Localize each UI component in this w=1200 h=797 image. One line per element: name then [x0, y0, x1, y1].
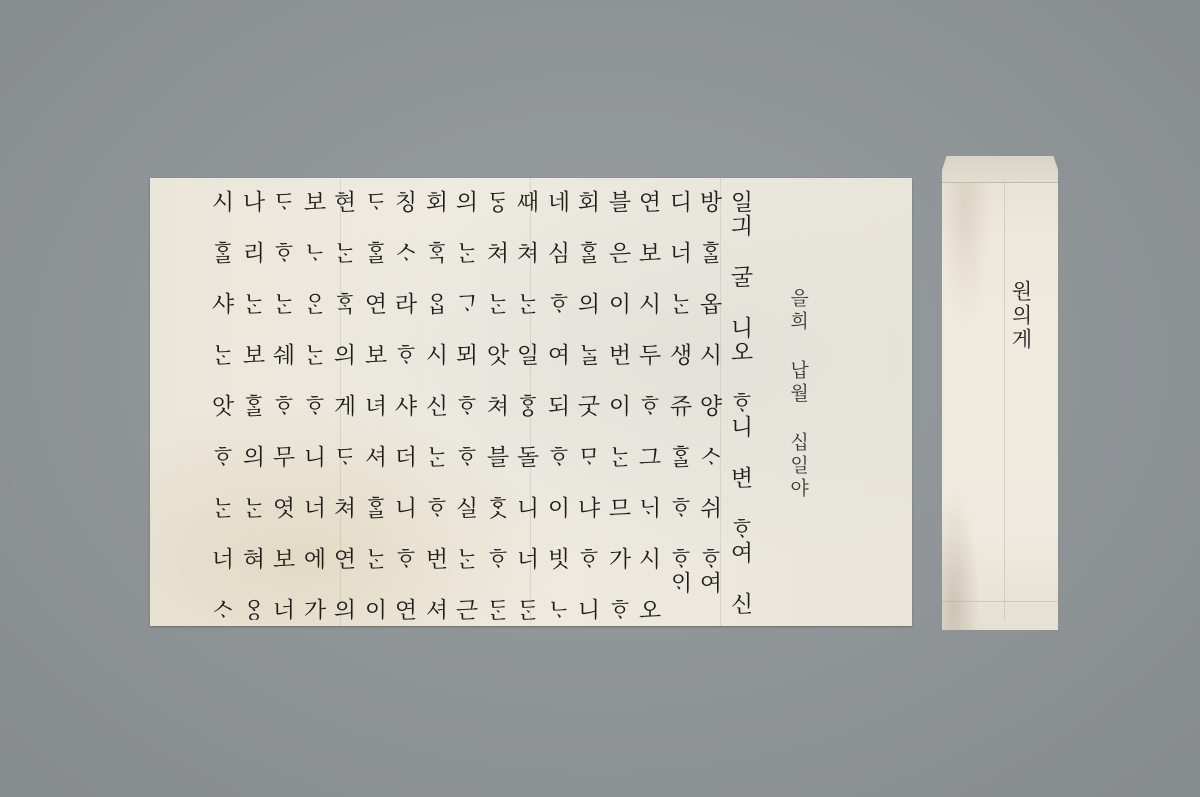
letter-column: 칭 ᄉᆞ 라 ᄒᆞ 샤 더 니 ᄒᆞ 연 시 ᄂᆞᆫ ᄒᆞᆯ ᄋᆞᆸ 셔 [388, 189, 419, 620]
letter-column: ᄃᆞ ᄒᆞᆯ 연 보 녀 셔 ᄒᆞᆯ ᄂᆞᆫ 이 쉬 水 ᄃᆞᆯ 뉘 네 [358, 189, 389, 620]
letter-column: 디 너 ᄂᆞᆫ 생 쥬 ᄒᆞᆯ ᄒᆞ ᄒᆞᄋᆡ 3 비 쇠 ᄂᆞᆫ 아 쳐 외 [663, 189, 694, 620]
letter-column: ᄃᆞ ᄒᆞ ᄂᆞᆫ 쉐 ᄒᆞ 무 엿 보 너 게 ᄒᆞ 하 나 ᄋᆞᆸ 되 [266, 189, 297, 620]
envelope-seam [1004, 182, 1005, 620]
letter-column: 현 ᄂᆞᆫ ᄒᆞᆨ 의 게 ᄃᆞ 쳐 연 의 ᄂᆞᆯ 연 ᄒᆞ 가 본 ᄃᆡ [327, 189, 358, 620]
letter-column: ᄯᅢ 쳐 ᄂᆞᆫ 일 ᄒᆞᆼ 돌 니 너 ᄃᆞᆫ 우 ᄒᆞᆯ 보 리 [510, 189, 541, 620]
letter-column: 의 ᄂᆞᆫ ᄀᆞ 뫼 ᄒᆞ ᄒᆞ 실 ᄂᆞᆫ 근 ᄒᆞᆫ 의 ᄒᆞ 기 의 게 [449, 189, 480, 620]
letter-column: 네 심 ᄒᆞ 여 되 ᄒᆞ 이 빗 ᄂᆞ ᄒᆞᆨ 냥 ᄒᆞᆯ 서 [541, 189, 572, 620]
letter-sheet: 을희 납월 십일야 일긔 굴 니오 ᄒᆞ니 변 ᄒᆞ여 신 고 방 ᄒᆞᆯ 옵 … [150, 178, 912, 626]
letter-column: 회 ᄒᆞᆨ ᄋᆞᆸ 시 신 ᄂᆞᆫ ᄒᆞ 번 셔 녀 게 ᄒᆞ 너 니 [419, 189, 450, 620]
letter-column: 일긔 굴 니오 ᄒᆞ니 변 ᄒᆞ여 신 고 [724, 189, 755, 620]
envelope-bottom-fold [942, 601, 1058, 602]
letter-column: 시 ᄒᆞᆯ 샤 ᄂᆞᆫ 앗 ᄒᆞ ᄂᆞᆫ 너 ᄉᆞ ᄒᆞ 의 ᄃᆞ ᄒᆞ 볼 ᄒ… [205, 189, 236, 620]
envelope-flap [942, 156, 1058, 183]
letter-date-line: 을희 납월 십일야 [785, 288, 812, 501]
letter-body: 일긔 굴 니오 ᄒᆞ니 변 ᄒᆞ여 신 고 방 ᄒᆞᆯ 옵 시 양 ᄉᆞ 쉬 ᄒ… [205, 190, 754, 620]
letter-column: 나 리 ᄂᆞᆫ 보 ᄒᆞᆯ 의 ᄂᆞᆫ 혀 ᄋᆞᆼ 의 칭 ᄒᆞ 연 ᄂᆞᆫ 면 [236, 189, 267, 620]
envelope-addressee: 원의게 [1006, 280, 1036, 352]
letter-column: ᄃᆞᆼ 쳐 ᄂᆞᆫ 앗 쳐 블 ᄒᆞᆺ ᄒᆞ ᄃᆞᆫ 거 ᄒᆞ ᄃᆞᆼ 치 [480, 189, 511, 620]
letter-column: 연 보 시 두 ᄒᆞ 그 ᄂᆡ 시 오 ᄒᆞ 싸 신 ᄒᆞᆼ [632, 189, 663, 620]
letter-column: 회 ᄒᆞᆯ 의 ᄂᆞᆯ 굿 ᄆᆞ 냐 ᄒᆞ 니 다 ᄀᆞᆯ ᄀᆞ 던 듯 [571, 189, 602, 620]
letter-column: 블 은 이 번 이 ᄂᆞᆫ 므 가 ᄒᆞ 쇠 ᄉᆞ ᄒᆞᆯ 허 ᄂᆞᆫ [602, 189, 633, 620]
letter-column: 방 ᄒᆞᆯ 옵 시 양 ᄉᆞ 쉬 ᄒᆞ여 ᄒᆞ여 일 양 [693, 189, 724, 620]
letter-column: 보 ᄂᆞ ᄋᆞᆫ ᄂᆞᆫ ᄒᆞ 니 너 에 가 리 ᄒᆞᆯ ᄂᆞᆫ 다 ᄒᆞ 돌 [297, 189, 328, 620]
envelope: 원의게 [942, 156, 1058, 630]
